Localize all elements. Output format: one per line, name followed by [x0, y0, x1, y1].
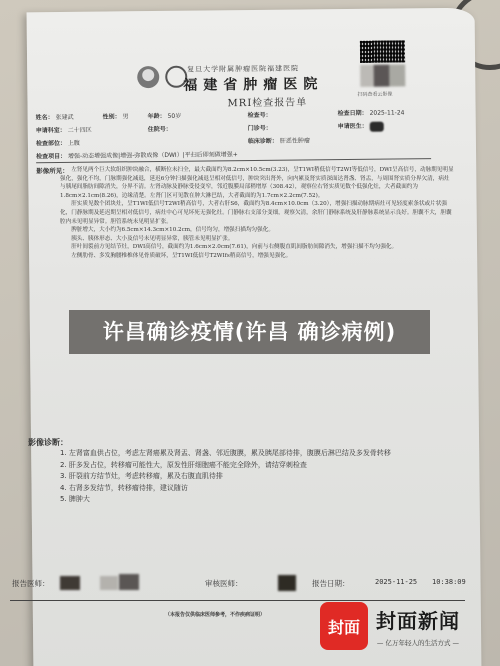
qr-caption: 扫码查看云影像 — [357, 91, 392, 98]
brand-slogan: — 亿万年轻人的生活方式 — — [376, 638, 460, 647]
diagnosis-item: 3. 肝裂前方结节灶，考虑转移瘤，累及右腹直肌待排 — [60, 471, 391, 483]
report-date-label: 报告日期： — [312, 578, 350, 589]
request-dept: 申请科室： 二十四区 — [36, 125, 92, 135]
patient-name: 姓名： 张建武 — [36, 112, 74, 121]
brand-logo-icon: 封面 — [320, 602, 368, 650]
finding-paragraph: 肝实质见数个团块灶，呈T1WI低信号T2WI稍高信号，大者右肝S6，截面约为8.… — [60, 200, 455, 226]
clinical-diagnosis: 临床诊断： 肝恶性肿瘤 — [248, 135, 310, 145]
watermark: 封面 封面新闻 — 亿万年轻人的生活方式 — — [320, 602, 460, 650]
report-doctor-label: 报告医师： — [12, 578, 50, 589]
redacted-block — [370, 121, 384, 131]
divider — [10, 600, 465, 601]
request-doctor: 申请医生： — [338, 121, 384, 132]
exam-site: 检查部位： 上腹 — [36, 138, 80, 147]
diagnosis-item: 2. 肝多发占位，转移瘤可能性大，原发性肝细胞癌不能完全除外，请结穿刺检查 — [60, 460, 391, 472]
exam-number: 检查号： — [248, 110, 272, 119]
hospital-name: 福建省肿瘤医院 — [183, 73, 323, 94]
diagnosis-item: 4. 右肾多发结节，转移瘤待排，建议随访 — [60, 483, 391, 495]
report-title: MRI检查报告单 — [227, 93, 307, 109]
brand-name: 封面新闻 — [376, 605, 460, 634]
exam-date: 检查日期： 2025-11-24 — [338, 107, 405, 117]
redacted-block — [360, 64, 405, 86]
hospital-logos — [137, 66, 187, 89]
patient-age: 年龄： 50岁 — [148, 111, 182, 120]
hospital-logo-icon — [137, 66, 159, 88]
redacted-block — [278, 575, 296, 591]
redacted-block — [100, 576, 118, 590]
disclaimer: （本报告仅供临床医师参考，不作疾病证明） — [165, 611, 265, 618]
finding-paragraph: 肝叶间裂前方见结节灶，DWI高信号，截面约为1.6cm×2.0cm(7.61)，… — [60, 243, 455, 252]
patient-sex: 性别： 男 — [103, 111, 129, 120]
finding-paragraph: 胰头、胰体形态、大小及信号未见明显异常，胰管未见明显扩张。 — [60, 235, 455, 244]
report-time: 10:38:09 — [432, 578, 466, 586]
finding-paragraph: 脾脏增大，大小约为6.5cm×14.3cm×10.2cm，信号均匀，增强扫描均匀… — [60, 226, 455, 235]
diagnosis-heading: 影像诊断： — [28, 437, 68, 448]
exam-item: 检查项目： 增强-动态增强成像|增强-弥散成像（DWI）|平扫后即刻做增强+ — [36, 149, 238, 160]
review-doctor-label: 审核医师： — [205, 578, 243, 589]
qr-code — [360, 40, 405, 62]
inpatient-number: 住院号： — [148, 124, 172, 133]
redacted-block — [119, 574, 139, 590]
outpatient-number: 门诊号： — [248, 123, 272, 132]
finding-paragraph: 左肾见两个巨大软组织肿块融合，横断位未扫全，最大截面约为8.2cm×10.5cm… — [60, 166, 455, 200]
overlay-caption: 许昌确诊疫情(许昌 确诊病例) — [69, 310, 430, 354]
diagnosis-item: 1. 左肾富血供占位，考虑左肾癌累及肾盂、肾盏、邻近腹膜，累及胰尾部待排，腹膜后… — [60, 448, 391, 460]
report-date: 2025-11-25 — [375, 578, 417, 586]
findings-text: 左肾见两个巨大软组织肿块融合，横断位未扫全，最大截面约为8.2cm×10.5cm… — [60, 166, 455, 261]
diagnosis-list: 1. 左肾富血供占位，考虑左肾癌累及肾盂、肾盏、邻近腹膜，累及胰尾部待排，腹膜后… — [60, 448, 391, 506]
finding-paragraph: 左侧肋骨、多发胸腰椎椎体见骨质破坏，呈T1WI低信号T2WIfs稍高信号，增强见… — [60, 252, 455, 261]
redacted-block — [60, 576, 80, 590]
diagnosis-item: 5. 脾肿大 — [60, 494, 391, 506]
